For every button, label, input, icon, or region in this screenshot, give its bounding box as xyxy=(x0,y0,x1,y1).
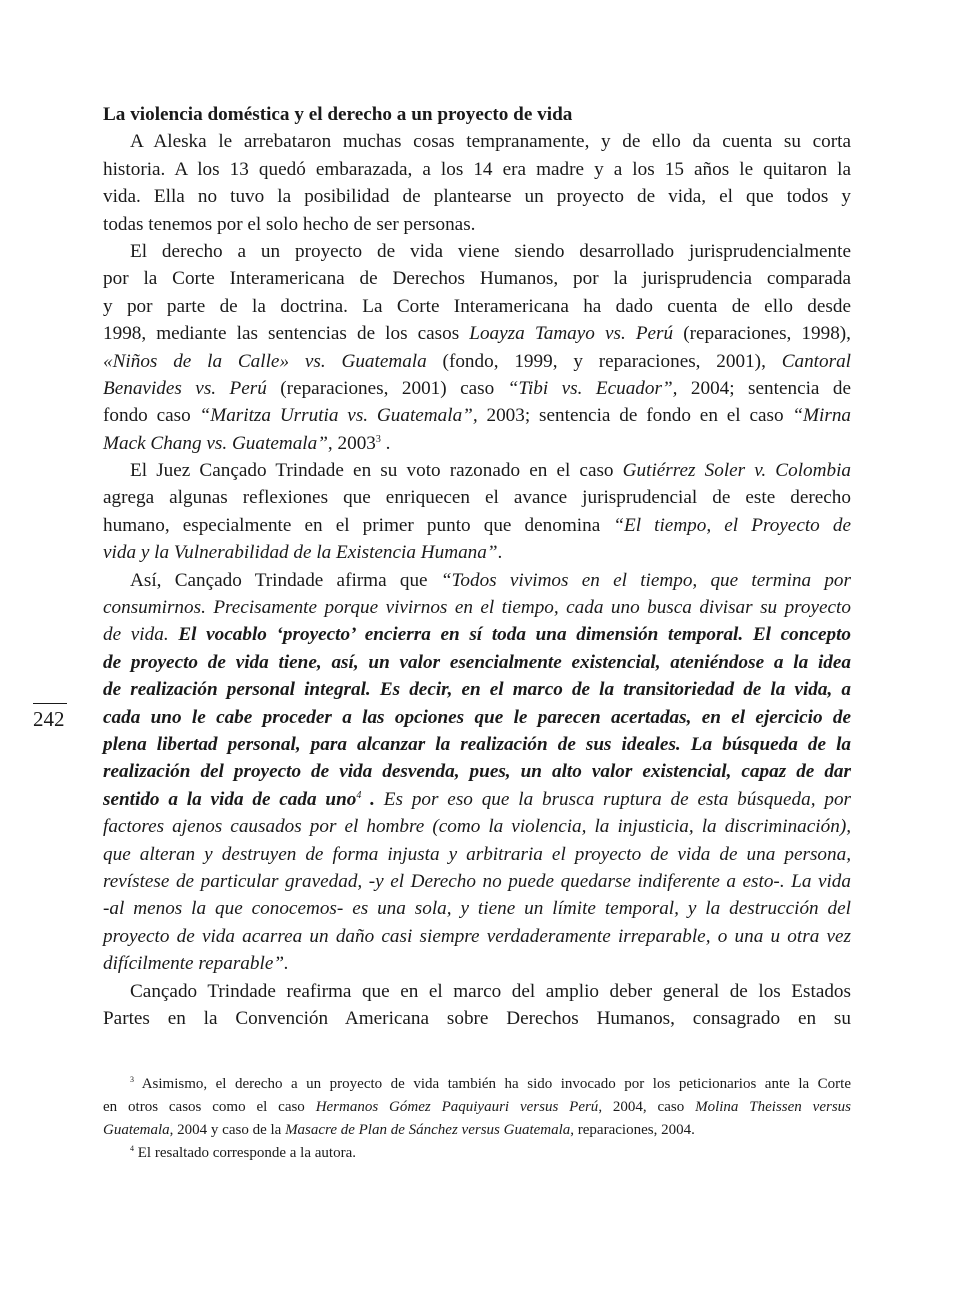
case-name: Masacre de Plan de Sánchez versus Guatem… xyxy=(285,1122,570,1138)
emphasized-quote: sentido a la vida de cada uno xyxy=(103,789,356,810)
case-name: Gutiérrez Soler v. Colombia xyxy=(623,460,851,481)
text: . xyxy=(361,789,375,810)
text: 1998, mediante las sentencias de los cas… xyxy=(103,323,469,344)
case-name: “Tibi vs. Ecuador”, xyxy=(508,378,678,399)
paragraph-4-line: factores ajenos causados por el hombre (… xyxy=(103,813,851,840)
section-heading: La violencia doméstica y el derecho a un… xyxy=(103,101,851,128)
case-name: “Maritza Urrutia vs. Guatemala”, xyxy=(200,405,478,426)
paragraph-2-line: 1998, mediante las sentencias de los cas… xyxy=(103,320,851,347)
paragraph-2-line: «Niños de la Calle» vs. Guatemala (fondo… xyxy=(103,348,851,375)
paragraph-3-line: agrega algunas reflexiones que enriquece… xyxy=(103,484,851,511)
paragraph-2-line: fondo caso “Maritza Urrutia vs. Guatemal… xyxy=(103,402,851,429)
case-name: Loayza Tamayo vs. Perú xyxy=(469,323,673,344)
case-name: Benavides vs. Perú xyxy=(103,378,267,399)
paragraph-3-line: vida y la Vulnerabilidad de la Existenci… xyxy=(103,539,851,566)
text: en otros casos como el caso xyxy=(103,1099,316,1115)
paragraph-1-line: todas tenemos por el solo hecho de ser p… xyxy=(103,211,851,238)
body-text: La violencia doméstica y el derecho a un… xyxy=(103,101,851,1032)
paragraph-4-line: plena libertad personal, para alcanzar l… xyxy=(103,731,851,758)
text: El resaltado corresponde a la autora. xyxy=(134,1145,356,1161)
footnote-3-line: en otros casos como el caso Hermanos Góm… xyxy=(103,1096,851,1119)
case-name: Guatemala xyxy=(103,1122,170,1138)
text: fondo caso xyxy=(103,405,200,426)
paragraph-2-line: y por parte de la doctrina. La Corte Int… xyxy=(103,293,851,320)
case-name: Cantoral xyxy=(782,351,851,372)
paragraph-2-line: por la Corte Interamericana de Derechos … xyxy=(103,265,851,292)
paragraph-5-line: Partes en la Convención Americana sobre … xyxy=(103,1005,851,1032)
quote: Es por eso que la brusca ruptura de esta… xyxy=(375,789,851,810)
footnotes: 3 Asimismo, el derecho a un proyecto de … xyxy=(103,1073,851,1165)
quote: “El tiempo, el Proyecto de xyxy=(613,515,851,536)
text: 2004; sentencia de xyxy=(677,378,851,399)
footnote-3-line: 3 Asimismo, el derecho a un proyecto de … xyxy=(103,1073,851,1096)
paragraph-4-line: consumirnos. Precisamente porque vivirno… xyxy=(103,594,851,621)
paragraph-1-line: A Aleska le arrebataron muchas cosas tem… xyxy=(103,128,851,155)
paragraph-4-line: -al menos la que conocemos- es una sola,… xyxy=(103,895,851,922)
paragraph-4-line: realización del proyecto de vida desvend… xyxy=(103,758,851,785)
page-number-rule xyxy=(33,703,67,704)
paragraph-4-line: de proyecto de vida tiene, así, un valor… xyxy=(103,649,851,676)
text: humano, especialmente en el primer punto… xyxy=(103,515,613,536)
text: , 2004 y caso de la xyxy=(170,1122,285,1138)
paragraph-3-line: humano, especialmente en el primer punto… xyxy=(103,512,851,539)
emphasized-quote: El vocablo ‘proyecto’ encierra en sí tod… xyxy=(178,624,851,645)
text: El Juez Cançado Trindade en su voto razo… xyxy=(130,460,623,481)
text: , 2003 xyxy=(328,433,376,454)
paragraph-1-line: historia. A los 13 quedó embarazada, a l… xyxy=(103,156,851,183)
book-page: La violencia doméstica y el derecho a un… xyxy=(0,0,964,1304)
paragraph-4-line: proyecto de vida acarrea un daño casi si… xyxy=(103,923,851,950)
text: Así, Cançado Trindade afirma que xyxy=(130,570,441,591)
text: Asimismo, el derecho a un proyecto de vi… xyxy=(134,1076,851,1092)
text: (reparaciones, 1998), xyxy=(673,323,851,344)
quote: vida y la Vulnerabilidad de la Existenci… xyxy=(103,542,498,563)
paragraph-4-line: que alteran y destruyen de forma injusta… xyxy=(103,841,851,868)
page-number: 242 xyxy=(33,707,65,731)
text: , 2004, caso xyxy=(598,1099,695,1115)
paragraph-4-line: sentido a la vida de cada uno4 . Es por … xyxy=(103,786,851,813)
paragraph-4-line: de realización personal integral. Es dec… xyxy=(103,676,851,703)
case-name: «Niños de la Calle» vs. Guatemala xyxy=(103,351,427,372)
paragraph-4-line: de vida. El vocablo ‘proyecto’ encierra … xyxy=(103,621,851,648)
paragraph-5-line: Cançado Trindade reafirma que en el marc… xyxy=(103,978,851,1005)
paragraph-4-line: difícilmente reparable”. xyxy=(103,950,851,977)
footnote-4-line: 4 El resaltado corresponde a la autora. xyxy=(103,1142,851,1165)
paragraph-2-line: El derecho a un proyecto de vida viene s… xyxy=(103,238,851,265)
case-name: Hermanos Gómez Paquiyauri versus Perú xyxy=(316,1099,599,1115)
text: . xyxy=(381,433,391,454)
paragraph-2-line: Mack Chang vs. Guatemala”, 20033 . xyxy=(103,430,851,457)
quote: de vida. xyxy=(103,624,178,645)
paragraph-4-line: cada uno le cabe proceder a las opciones… xyxy=(103,704,851,731)
paragraph-4-line: revístese de particular gravedad, -y el … xyxy=(103,868,851,895)
quote: “Todos vivimos en el tiempo, que termina… xyxy=(441,570,851,591)
text: 2003; sentencia de fondo en el caso xyxy=(478,405,793,426)
paragraph-1-line: vida. Ella no tuvo la posibilidad de pla… xyxy=(103,183,851,210)
case-name: Molina Theissen versus xyxy=(695,1099,851,1115)
footnote-3-line: Guatemala, 2004 y caso de la Masacre de … xyxy=(103,1119,851,1142)
case-name: Mack Chang vs. Guatemala” xyxy=(103,433,328,454)
text: (fondo, 1999, y reparaciones, 2001), xyxy=(427,351,782,372)
text: , reparaciones, 2004. xyxy=(570,1122,695,1138)
paragraph-3-line: El Juez Cançado Trindade en su voto razo… xyxy=(103,457,851,484)
case-name: “Mirna xyxy=(792,405,851,426)
text: . xyxy=(498,542,503,563)
text: (reparaciones, 2001) caso xyxy=(267,378,508,399)
paragraph-2-line: Benavides vs. Perú (reparaciones, 2001) … xyxy=(103,375,851,402)
paragraph-4-line: Así, Cançado Trindade afirma que “Todos … xyxy=(103,567,851,594)
